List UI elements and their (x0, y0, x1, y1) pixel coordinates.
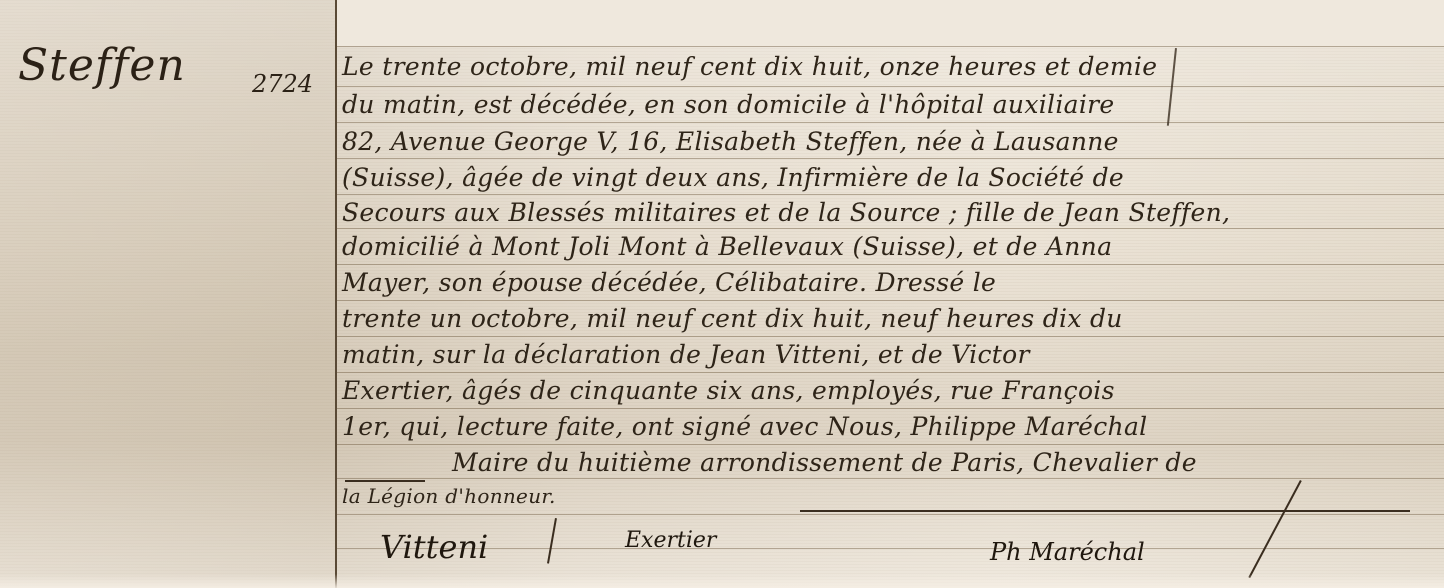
entry-line-3: 82, Avenue George V, 16, Elisabeth Steff… (342, 127, 1428, 156)
margin-rule (335, 0, 337, 588)
signature-flourish (1248, 480, 1301, 578)
ruled-line (337, 228, 1444, 229)
closing-rule (800, 510, 1410, 512)
entry-line-10: Exertier, âgés de cinquante six ans, emp… (342, 376, 1428, 405)
entry-number: 2724 (252, 70, 313, 98)
ruled-line (337, 408, 1444, 409)
ruled-line (337, 514, 1444, 515)
signature-stroke (547, 518, 557, 564)
entry-line-11: 1er, qui, lecture faite, ont signé avec … (342, 412, 1428, 441)
ruled-line (337, 300, 1444, 301)
ruled-line (337, 122, 1444, 123)
entry-line-5: Secours aux Blessés militaires et de la … (342, 198, 1428, 227)
entry-line-4: (Suisse), âgée de vingt deux ans, Infirm… (342, 163, 1428, 192)
entry-line-9: matin, sur la déclaration de Jean Vitten… (342, 340, 1428, 369)
entry-line-2: du matin, est décédée, en son domicile à… (342, 90, 1428, 119)
entry-line-13: la Légion d'honneur. (342, 484, 556, 508)
ruled-line (337, 264, 1444, 265)
ruled-line (337, 46, 1444, 47)
entry-line-7: Mayer, son épouse décédée, Célibataire. … (342, 268, 1428, 297)
ruled-line (337, 194, 1444, 195)
entry-line-12: Maire du huitième arrondissement de Pari… (452, 448, 1428, 477)
page-bottom-edge (0, 574, 1444, 588)
ruled-line (337, 158, 1444, 159)
entry-line-8: trente un octobre, mil neuf cent dix hui… (342, 304, 1428, 333)
ruled-line (337, 372, 1444, 373)
entry-line-1: Le trente octobre, mil neuf cent dix hui… (342, 52, 1428, 81)
margin-surname: Steffen (18, 40, 186, 91)
entry-line-6: domicilié à Mont Joli Mont à Bellevaux (… (342, 232, 1428, 261)
ruled-line (337, 336, 1444, 337)
ruled-line (337, 444, 1444, 445)
ruled-line (337, 548, 1444, 549)
ruled-line (337, 478, 1444, 479)
register-page: Steffen 2724 Le trente octobre, mil neuf… (0, 0, 1444, 588)
signature-exertier: Exertier (625, 528, 716, 553)
page-top-band (337, 0, 1444, 46)
signature-marechal: Ph Maréchal (990, 538, 1145, 566)
ruled-line (337, 86, 1444, 87)
dash-rule (345, 480, 425, 482)
signature-vitteni: Vitteni (380, 528, 488, 566)
